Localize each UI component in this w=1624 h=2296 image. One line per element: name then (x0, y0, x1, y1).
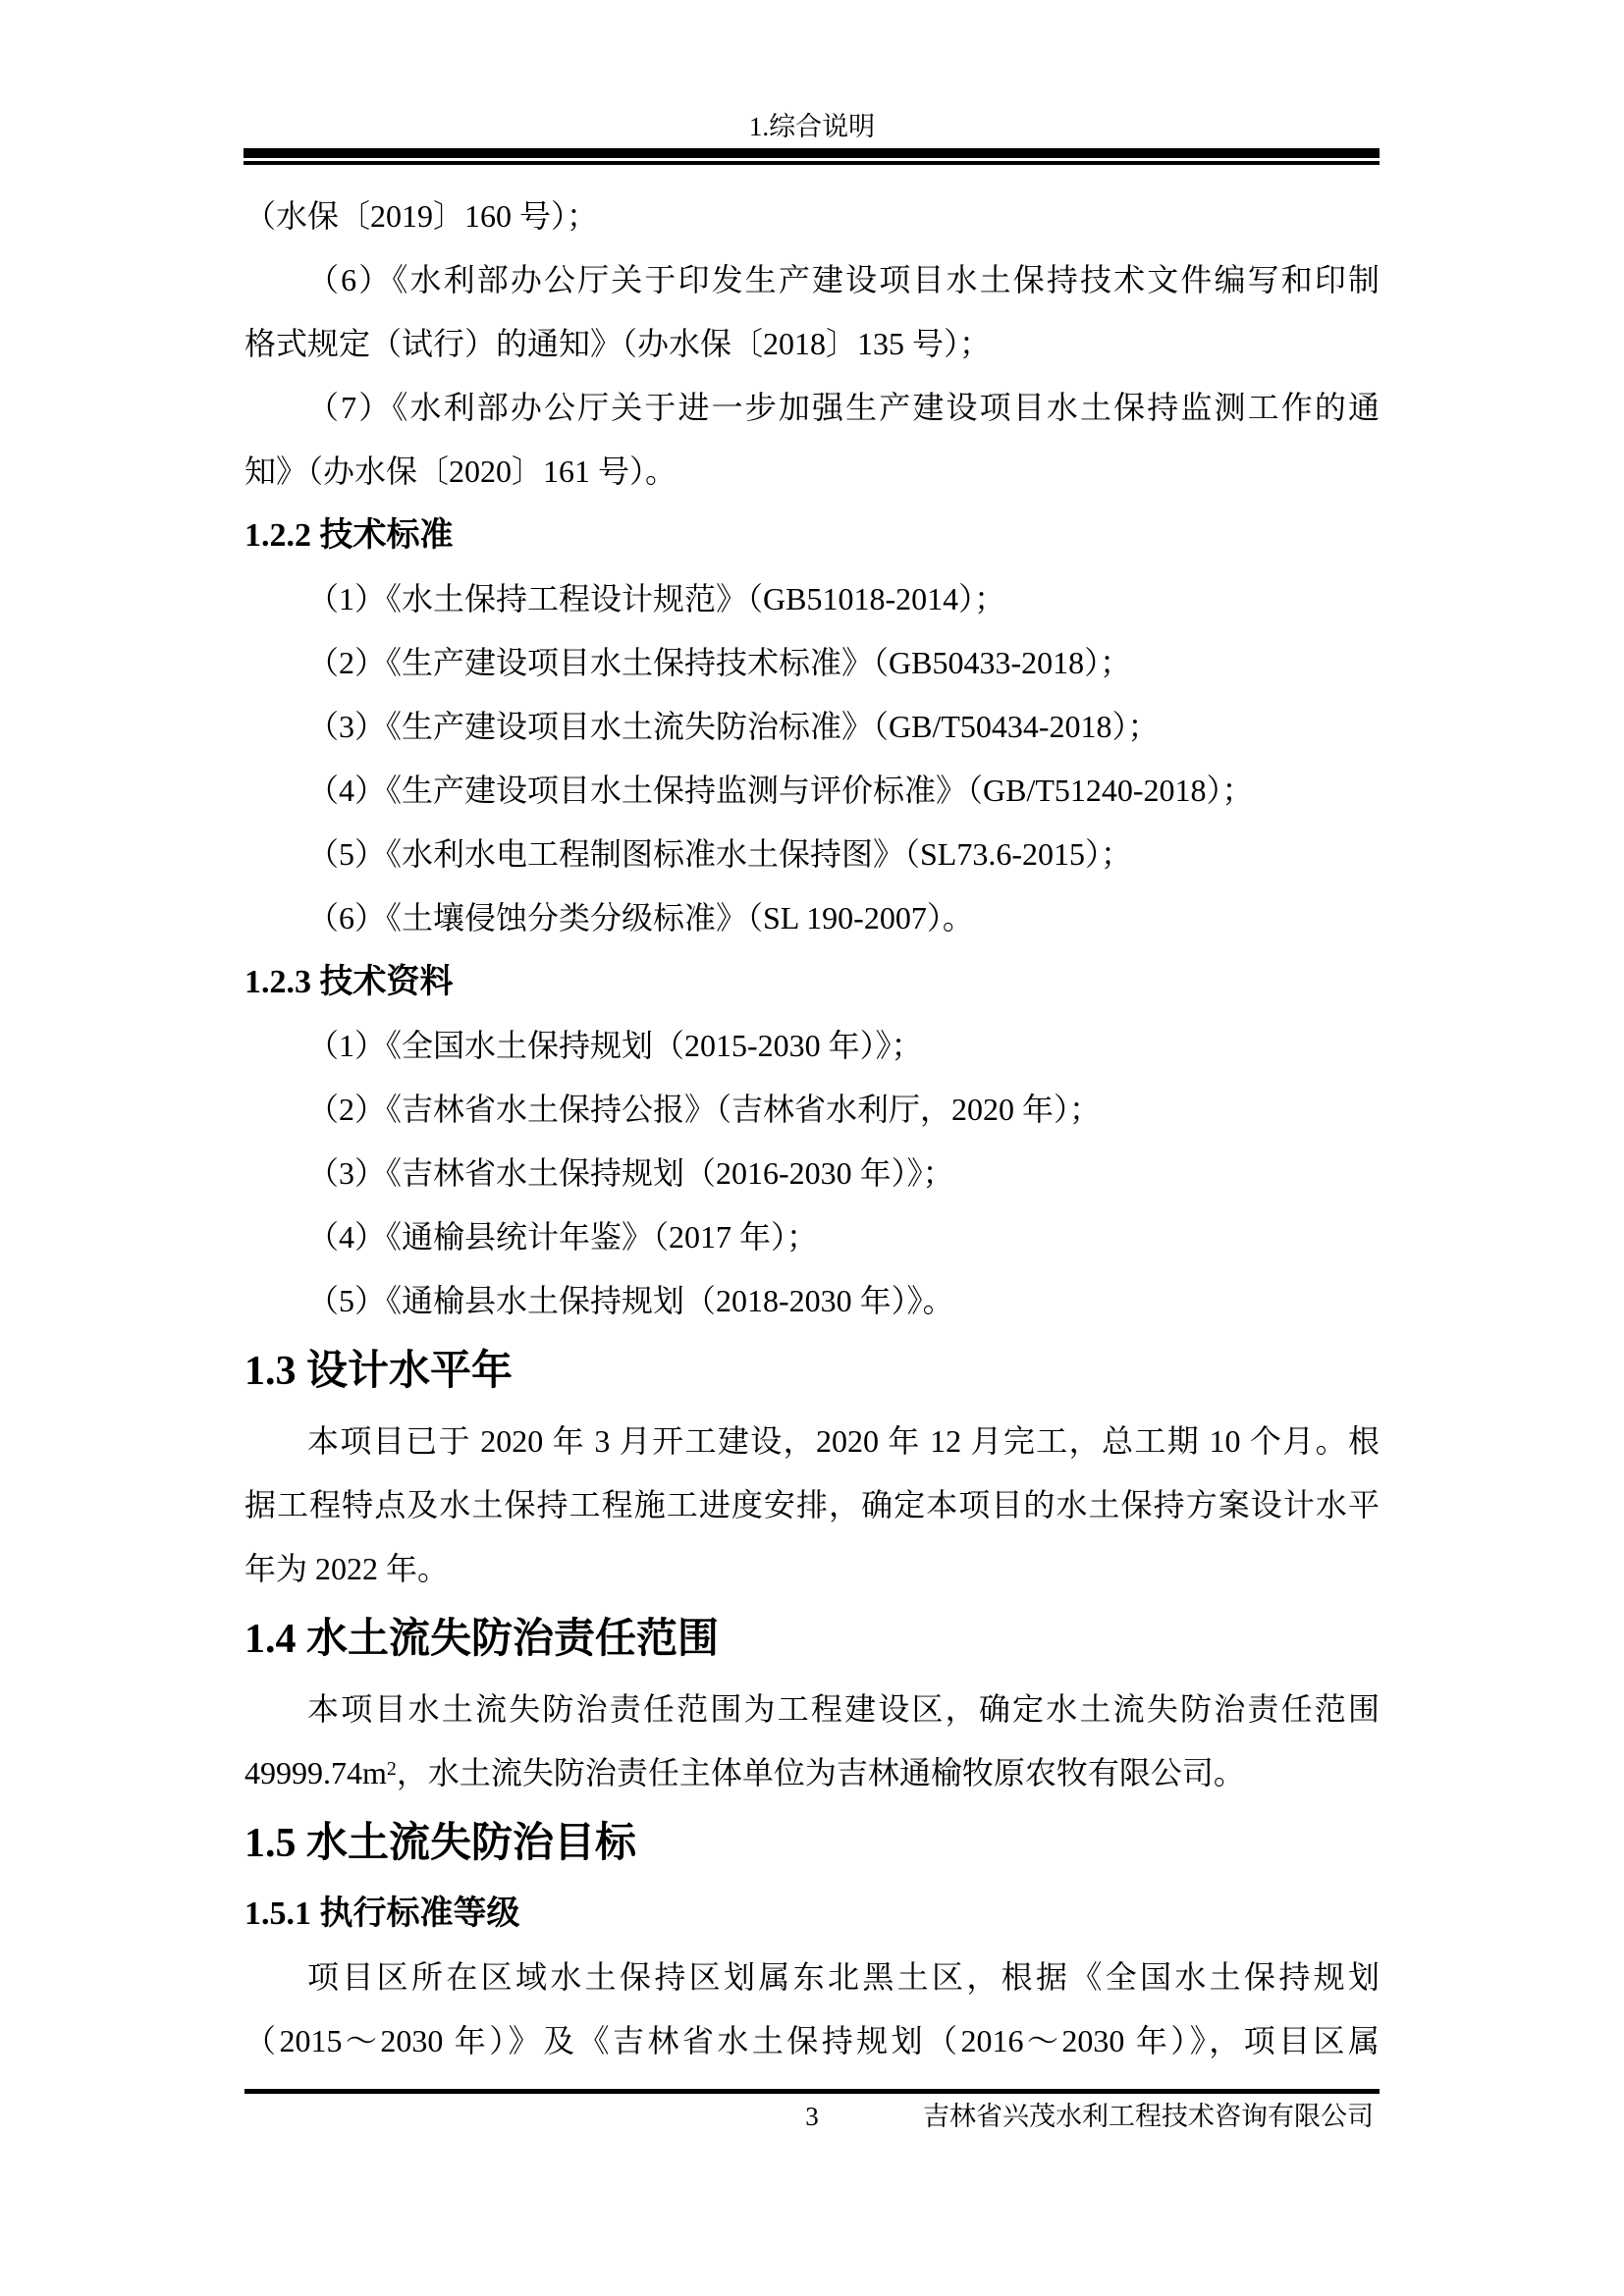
list-item: （4）《生产建设项目水土保持监测与评价标准》（GB/T51240-2018）； (244, 759, 1380, 823)
list-item: （3）《生产建设项目水土流失防治标准》（GB/T50434-2018）； (244, 695, 1380, 759)
list-item: （5）《水利水电工程制图标准水土保持图》（SL73.6-2015）； (244, 823, 1380, 886)
paragraph-line: （水保〔2019〕160 号）； (244, 185, 1380, 248)
list-item: （3）《吉林省水土保持规划（2016-2030 年）》； (244, 1142, 1380, 1205)
list-item: （1）《水土保持工程设计规范》（GB51018-2014）； (244, 567, 1380, 631)
document-body: （水保〔2019〕160 号）； （6）《水利部办公厅关于印发生产建设项目水土保… (244, 185, 1380, 2073)
subsection-heading: 1.2.3 技术资料 (244, 950, 1380, 1014)
responsibility-area-value: 49999.74m (244, 1755, 387, 1790)
paragraph-line: 项目区所在区域水土保持区划属东北黑土区，根据《全国水土保持规划 (244, 1946, 1380, 2009)
list-item: （4）《通榆县统计年鉴》（2017 年）； (244, 1205, 1380, 1269)
paragraph-line: 知》（办水保〔2020〕161 号）。 (244, 440, 1380, 504)
paragraph-line: 49999.74m2，水土流失防治责任主体单位为吉林通榆牧原农牧有限公司。 (244, 1741, 1380, 1805)
list-item: （7）《水利部办公厅关于进一步加强生产建设项目水土保持监测工作的通 (244, 376, 1380, 440)
header-divider (244, 148, 1380, 165)
list-item: （6）《水利部办公厅关于印发生产建设项目水土保持技术文件编写和印制 (244, 248, 1380, 312)
paragraph-text: ，水土流失防治责任主体单位为吉林通榆牧原农牧有限公司。 (397, 1755, 1245, 1790)
paragraph-line: 格式规定（试行）的通知》（办水保〔2018〕135 号）； (244, 312, 1380, 376)
section-heading: 1.4 水土流失防治责任范围 (244, 1601, 1380, 1678)
list-item: （2）《生产建设项目水土保持技术标准》（GB50433-2018）； (244, 631, 1380, 695)
list-item: （5）《通榆县水土保持规划（2018-2030 年）》。 (244, 1269, 1380, 1333)
subsection-heading: 1.2.2 技术标准 (244, 504, 1380, 567)
superscript-exponent: 2 (387, 1758, 397, 1780)
list-item: （2）《吉林省水土保持公报》（吉林省水利厅，2020 年）； (244, 1078, 1380, 1142)
document-page: 1.综合说明 （水保〔2019〕160 号）； （6）《水利部办公厅关于印发生产… (0, 0, 1624, 2296)
section-heading: 1.3 设计水平年 (244, 1333, 1380, 1410)
section-heading: 1.5 水土流失防治目标 (244, 1805, 1380, 1882)
header-divider-thick-line (244, 148, 1380, 158)
list-item: （6）《土壤侵蚀分类分级标准》（SL 190-2007）。 (244, 886, 1380, 950)
paragraph-line: 本项目水土流失防治责任范围为工程建设区，确定水土流失防治责任范围 (244, 1678, 1380, 1741)
footer-company-name: 吉林省兴茂水利工程技术咨询有限公司 (923, 2097, 1374, 2136)
page-header-title: 1.综合说明 (0, 110, 1624, 143)
page-footer: 3 吉林省兴茂水利工程技术咨询有限公司 (244, 2097, 1380, 2136)
subsection-heading: 1.5.1 执行标准等级 (244, 1882, 1380, 1946)
paragraph-line: 据工程特点及水土保持工程施工进度安排，确定本项目的水土保持方案设计水平 (244, 1473, 1380, 1537)
paragraph-line: 本项目已于 2020 年 3 月开工建设，2020 年 12 月完工，总工期 1… (244, 1410, 1380, 1473)
footer-divider (244, 2089, 1380, 2094)
paragraph-line: （2015～2030 年）》及《吉林省水土保持规划（2016～2030 年）》，… (244, 2009, 1380, 2073)
paragraph-line: 年为 2022 年。 (244, 1537, 1380, 1601)
list-item: （1）《全国水土保持规划（2015-2030 年）》； (244, 1014, 1380, 1078)
header-divider-thin-line (244, 161, 1380, 165)
